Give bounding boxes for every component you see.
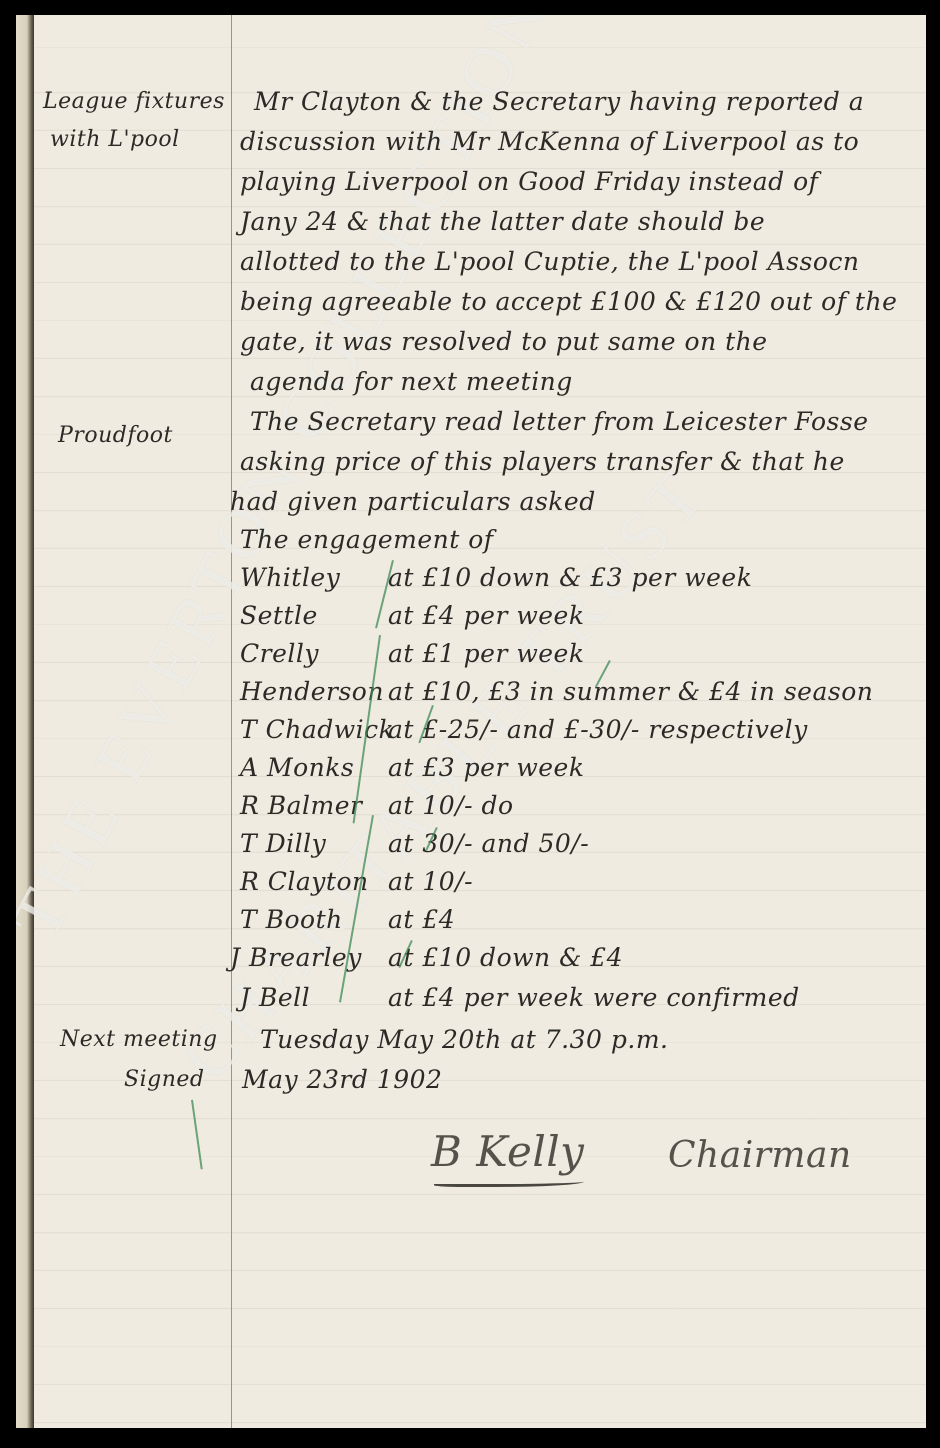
body-line: The engagement of xyxy=(240,525,494,554)
body-line: Jany 24 & that the latter date should be xyxy=(240,207,765,236)
engagement-name: J Bell xyxy=(240,983,310,1012)
body-line: asking price of this players transfer & … xyxy=(240,447,845,476)
body-line: discussion with Mr McKenna of Liverpool … xyxy=(240,127,859,156)
engagement-terms: at £3 per week xyxy=(388,753,585,782)
body-line: had given particulars asked xyxy=(230,487,596,516)
engagement-terms: at £4 xyxy=(388,905,455,934)
minute-book-page: THE EVERTON COLLECTION CHARITABLE TRUST … xyxy=(16,15,926,1428)
page-binding-edge xyxy=(16,15,34,1428)
next-meeting-details: Tuesday May 20th at 7.30 p.m. xyxy=(260,1025,668,1054)
engagement-name: R Clayton xyxy=(240,867,369,896)
engagement-terms: at £10 down & £3 per week xyxy=(388,563,752,592)
engagement-terms: at 30/- and 50/- xyxy=(388,829,589,858)
chairman-signature: B Kelly xyxy=(431,1127,584,1176)
engagement-name: A Monks xyxy=(240,753,354,782)
signature-flourish xyxy=(434,1178,584,1187)
engagement-name: Crelly xyxy=(240,639,319,668)
engagement-terms: at £4 per week xyxy=(388,601,585,630)
green-tick-mark-icon xyxy=(339,815,374,1002)
engagement-terms: at £10 down & £4 xyxy=(388,943,623,972)
margin-note-next-meeting: Next meeting xyxy=(60,1027,218,1052)
engagement-terms: at £4 per week were confirmed xyxy=(388,983,800,1012)
engagement-name: T Dilly xyxy=(240,829,326,858)
engagement-name: Whitley xyxy=(240,563,340,592)
engagement-name: Settle xyxy=(240,601,318,630)
engagement-terms: at 10/- xyxy=(388,867,473,896)
engagement-name: T Chadwick xyxy=(240,715,394,744)
margin-note-signed: Signed xyxy=(124,1067,204,1092)
engagement-terms: at £-25/- and £-30/- respectively xyxy=(388,715,808,744)
engagement-terms: at 10/- do xyxy=(388,791,514,820)
engagement-name: Henderson xyxy=(240,677,384,706)
engagement-name: R Balmer xyxy=(240,791,363,820)
engagement-terms: at £1 per week xyxy=(388,639,585,668)
margin-note-with-lpool: with L'pool xyxy=(50,127,180,152)
margin-note-league-fixtures: League fixtures xyxy=(43,89,225,114)
body-line: The Secretary read letter from Leicester… xyxy=(250,407,868,436)
margin-note-proudfoot: Proudfoot xyxy=(58,423,173,448)
body-line: Mr Clayton & the Secretary having report… xyxy=(254,87,864,116)
engagement-terms: at £10, £3 in summer & £4 in season xyxy=(388,677,873,706)
signed-date: May 23rd 1902 xyxy=(242,1065,442,1094)
body-line: agenda for next meeting xyxy=(250,367,573,396)
body-line: allotted to the L'pool Cuptie, the L'poo… xyxy=(240,247,859,276)
margin-rule-line xyxy=(231,15,232,1428)
body-line: being agreeable to accept £100 & £120 ou… xyxy=(240,287,897,316)
green-tick-mark-icon xyxy=(191,1100,203,1170)
body-line: gate, it was resolved to put same on the xyxy=(240,327,768,356)
engagement-name: J Brearley xyxy=(230,943,362,972)
engagement-name: T Booth xyxy=(240,905,343,934)
chairman-title: Chairman xyxy=(668,1135,852,1176)
body-line: playing Liverpool on Good Friday instead… xyxy=(240,167,818,196)
